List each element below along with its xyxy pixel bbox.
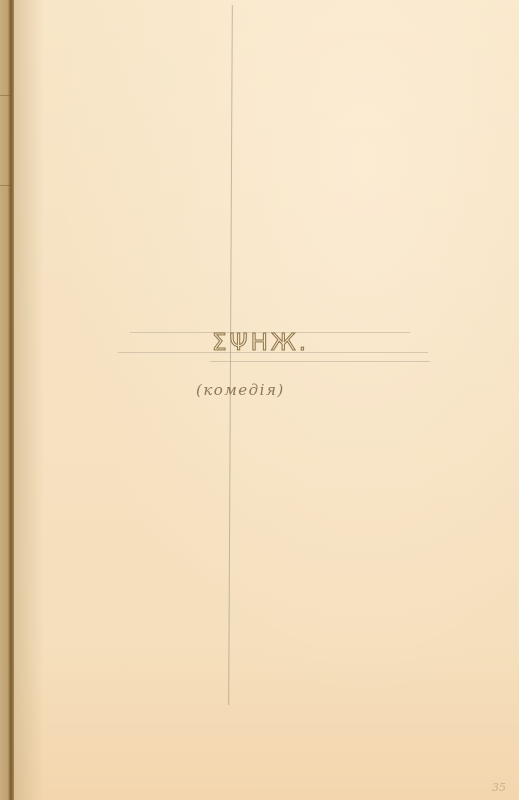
pencil-guide-bottom	[210, 361, 430, 362]
page-subtitle: (комедія)	[196, 381, 285, 399]
manuscript-page: ΣΨНЖ. (комедія) 35	[0, 0, 519, 800]
binding-mark	[0, 95, 12, 96]
page-title: ΣΨНЖ.	[212, 330, 309, 356]
binding-shadow	[14, 0, 44, 800]
binding-mark	[0, 185, 12, 186]
book-binding-edge	[0, 0, 14, 800]
page-number: 35	[492, 781, 506, 794]
